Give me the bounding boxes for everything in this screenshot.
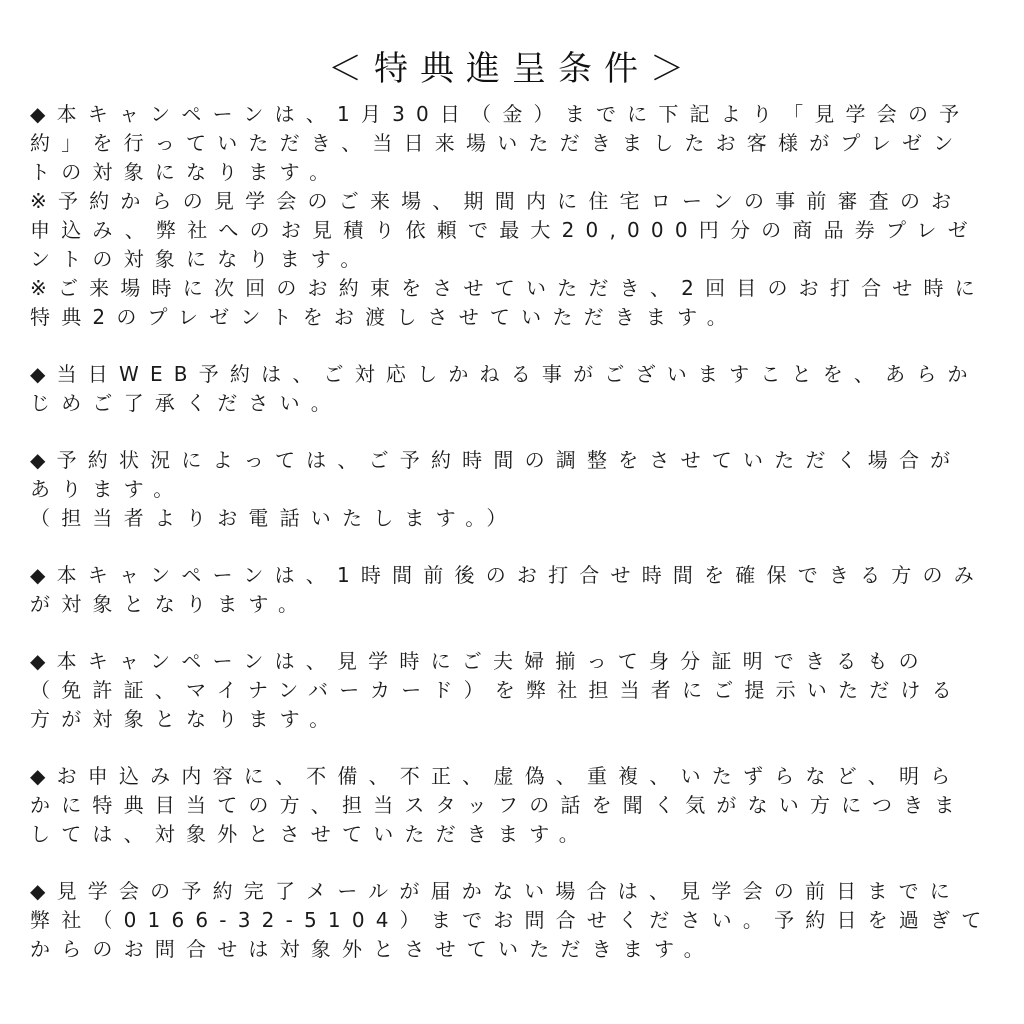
text-line: ◆本キャンペーンは、1時間前後のお打合せ時間を確保できる方のみ — [30, 561, 990, 590]
text-line: 弊社（0166-32-5104）までお問合せください。予約日を過ぎて — [30, 906, 990, 935]
note-line: ※予約からの見学会のご来場、期間内に住宅ローンの事前審査のお — [30, 187, 990, 216]
text-line: ◆お申込み内容に、不備、不正、虚偽、重複、いたずらなど、明ら — [30, 762, 990, 791]
note-line: 特典2のプレゼントをお渡しさせていただきます。 — [30, 303, 990, 332]
section-spacer — [30, 418, 990, 446]
text-line: かに特典目当ての方、担当スタッフの話を聞く気がない方につきま — [30, 791, 990, 820]
note-line: ントの対象になります。 — [30, 245, 990, 274]
text-line: じめご了承ください。 — [30, 389, 990, 418]
text-line: ◆見学会の予約完了メールが届かない場合は、見学会の前日までに — [30, 877, 990, 906]
conditions-body: ◆本キャンペーンは、1月30日（金）までに下記より「見学会の予 約」を行っていた… — [30, 100, 990, 964]
text-line: 方が対象となります。 — [30, 705, 990, 734]
text-line: あります。 — [30, 475, 990, 504]
text-line: ◆当日WEB予約は、ご対応しかねる事がございますことを、あらか — [30, 360, 990, 389]
text-line: ◆本キャンペーンは、1月30日（金）までに下記より「見学会の予 — [30, 100, 990, 129]
section-time-adjustment: ◆予約状況によっては、ご予約時間の調整をさせていただく場合が あります。 （担当… — [30, 446, 990, 533]
page-title: ＜特典進呈条件＞ — [0, 45, 1024, 93]
note-line: ※ご来場時に次回のお約束をさせていただき、2回目のお打合せ時に — [30, 274, 990, 303]
section-spacer — [30, 849, 990, 877]
text-line: ◆本キャンペーンは、見学時にご夫婦揃って身分証明できるもの — [30, 647, 990, 676]
section-spacer — [30, 332, 990, 360]
text-line: トの対象になります。 — [30, 158, 990, 187]
text-line: からのお問合せは対象外とさせていただきます。 — [30, 935, 990, 964]
section-meeting-time: ◆本キャンペーンは、1時間前後のお打合せ時間を確保できる方のみ が対象となります… — [30, 561, 990, 619]
text-line: （免許証、マイナンバーカード）を弊社担当者にご提示いただける — [30, 676, 990, 705]
text-line: しては、対象外とさせていただきます。 — [30, 820, 990, 849]
section-confirmation-email: ◆見学会の予約完了メールが届かない場合は、見学会の前日までに 弊社（0166-3… — [30, 877, 990, 964]
note-line: 申込み、弊社へのお見積り依頼で最大20,000円分の商品券プレゼ — [30, 216, 990, 245]
section-exclusions: ◆お申込み内容に、不備、不正、虚偽、重複、いたずらなど、明ら かに特典目当ての方… — [30, 762, 990, 849]
text-line: ◆予約状況によっては、ご予約時間の調整をさせていただく場合が — [30, 446, 990, 475]
section-same-day-web-booking: ◆当日WEB予約は、ご対応しかねる事がございますことを、あらか じめご了承くださ… — [30, 360, 990, 418]
section-spacer — [30, 619, 990, 647]
section-spacer — [30, 533, 990, 561]
text-line: 約」を行っていただき、当日来場いただきましたお客様がプレゼン — [30, 129, 990, 158]
section-campaign-eligibility: ◆本キャンペーンは、1月30日（金）までに下記より「見学会の予 約」を行っていた… — [30, 100, 990, 332]
text-line: （担当者よりお電話いたします。） — [30, 504, 990, 533]
text-line: が対象となります。 — [30, 590, 990, 619]
section-id-verification: ◆本キャンペーンは、見学時にご夫婦揃って身分証明できるもの （免許証、マイナンバ… — [30, 647, 990, 734]
section-spacer — [30, 734, 990, 762]
